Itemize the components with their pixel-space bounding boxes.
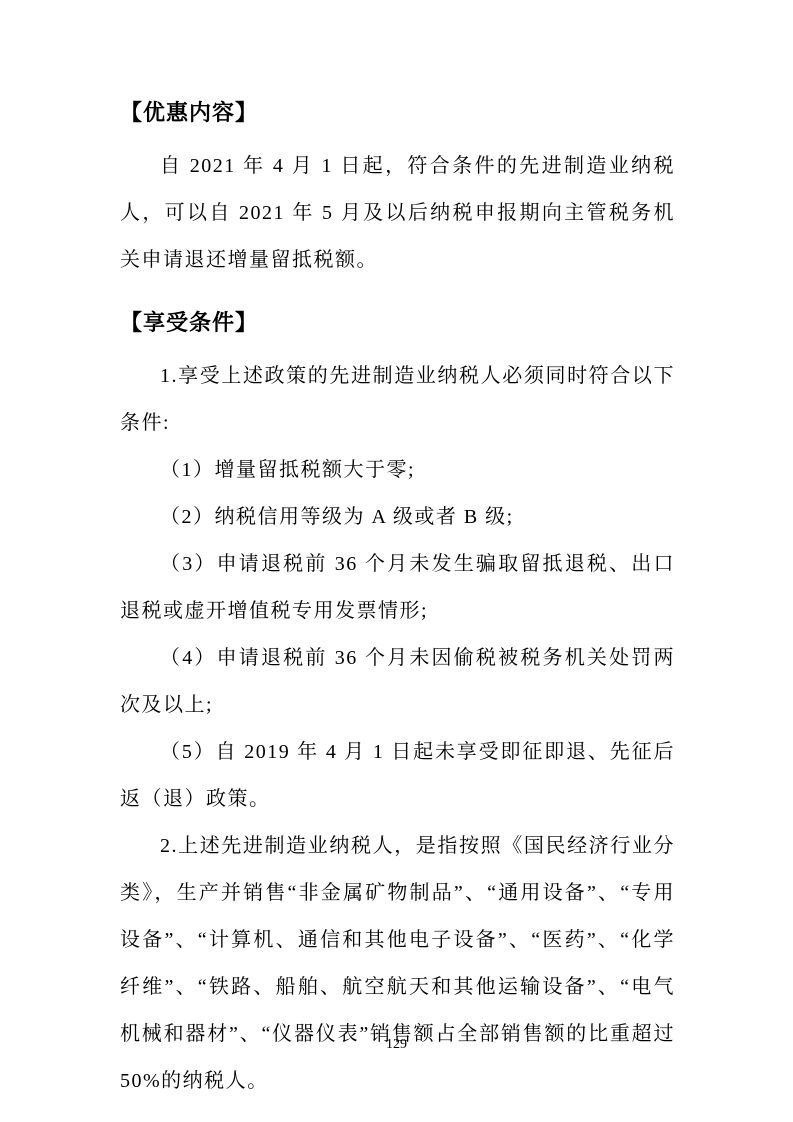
paragraph-condition-2: （2）纳税信用等级为 A 级或者 B 级; <box>120 494 675 541</box>
paragraph-definition-advanced-manufacturing: 2.上述先进制造业纳税人，是指按照《国民经济行业分类》，生产并销售“非金属矿物制… <box>120 823 675 1105</box>
paragraph-condition-5: （5）自 2019 年 4 月 1 日起未享受即征即退、先征后返（退）政策。 <box>120 729 675 823</box>
paragraph-preferential-content: 自 2021 年 4 月 1 日起，符合条件的先进制造业纳税人，可以自 2021… <box>120 143 675 284</box>
paragraph-condition-3: （3）申请退税前 36 个月未发生骗取留抵退税、出口退税或虚开增值税专用发票情形… <box>120 541 675 635</box>
paragraph-condition-intro: 1.享受上述政策的先进制造业纳税人必须同时符合以下条件: <box>120 353 675 447</box>
document-page: 【优惠内容】 自 2021 年 4 月 1 日起，符合条件的先进制造业纳税人，可… <box>0 0 793 1122</box>
section-heading-eligibility-conditions: 【享受条件】 <box>120 306 675 339</box>
section-heading-preferential-content: 【优惠内容】 <box>120 96 675 129</box>
page-number: 129 <box>0 1036 793 1054</box>
paragraph-condition-1: （1）增量留抵税额大于零; <box>120 447 675 494</box>
paragraph-condition-4: （4）申请退税前 36 个月未因偷税被税务机关处罚两次及以上; <box>120 635 675 729</box>
